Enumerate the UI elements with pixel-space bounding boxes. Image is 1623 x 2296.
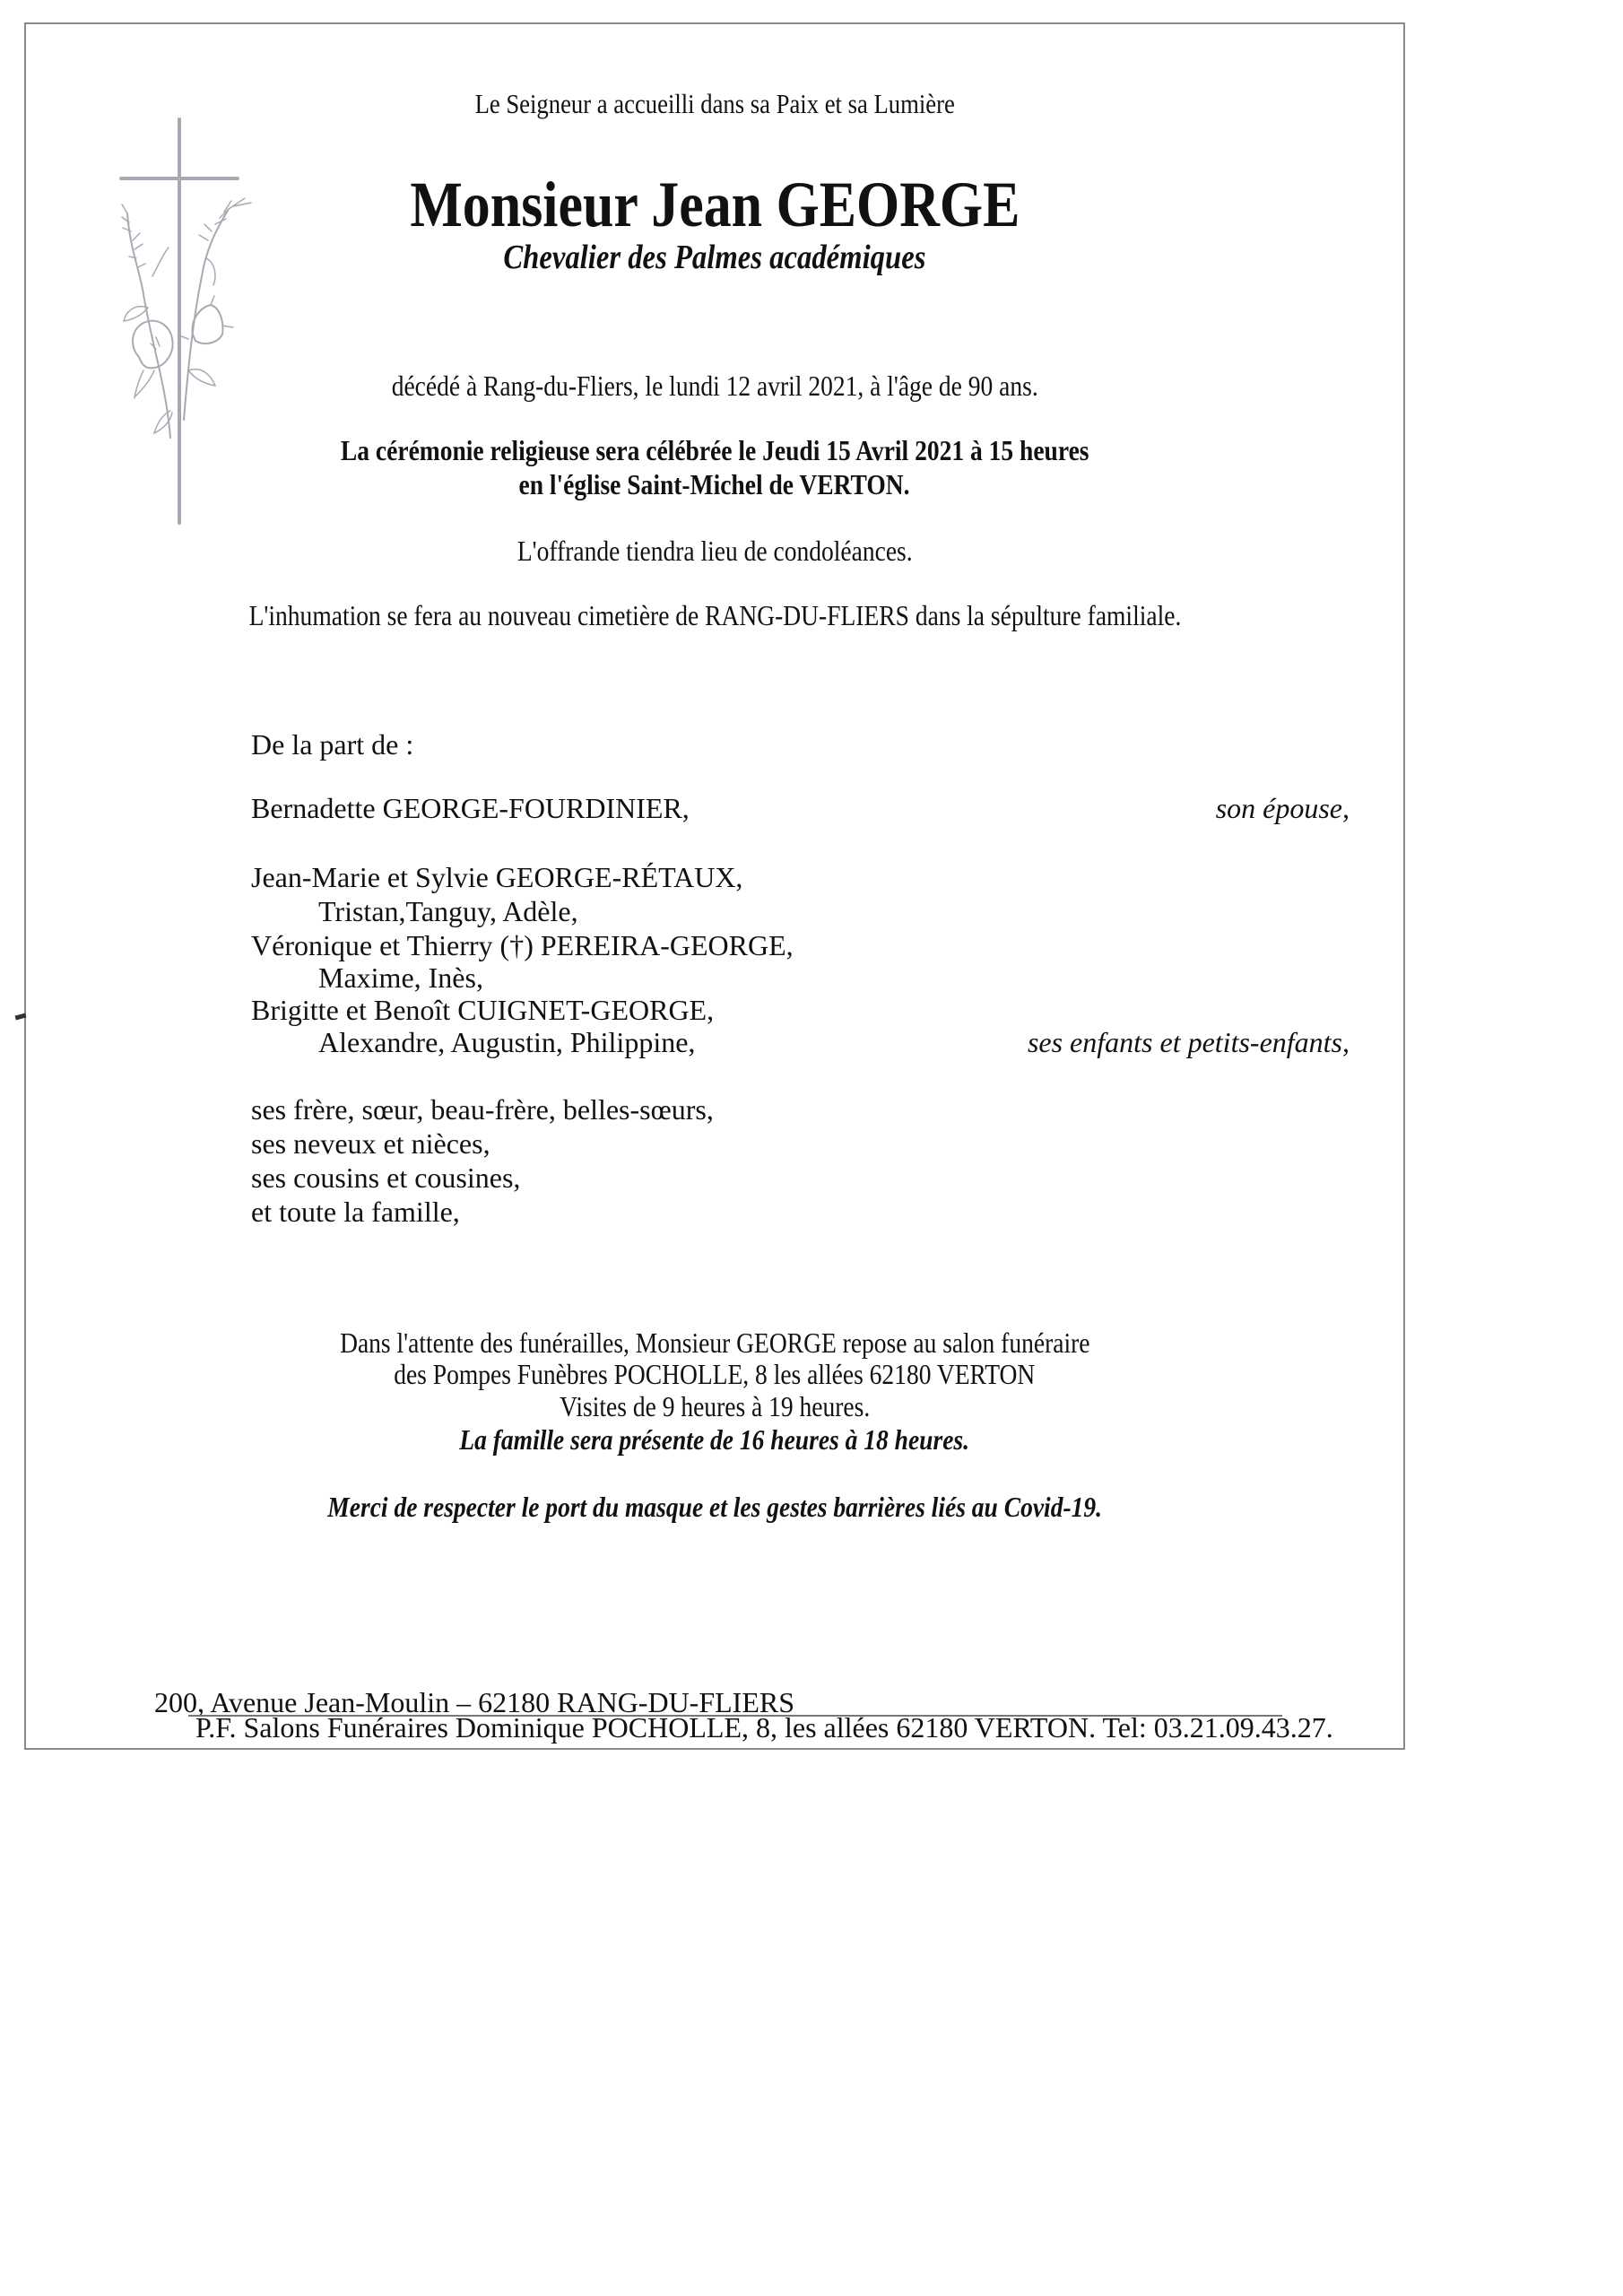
- offering-text: L'offrande tiendra lieu de condoléances.: [517, 536, 913, 565]
- relative-line: et toute la famille,: [251, 1197, 460, 1226]
- ceremony-line-2-text: en l'église Saint-Michel de VERTON.: [519, 470, 910, 499]
- ceremony-line-2: en l'église Saint-Michel de VERTON.: [0, 470, 1429, 499]
- visitation-line-2-text: des Pompes Funèbres POCHOLLE, 8 les allé…: [394, 1360, 1035, 1388]
- burial-note: L'inhumation se fera au nouveau cimetièr…: [0, 601, 1429, 630]
- offering-note: L'offrande tiendra lieu de condoléances.: [0, 536, 1429, 565]
- visitation-line-1-text: Dans l'attente des funérailles, Monsieur…: [340, 1328, 1089, 1357]
- burial-text: L'inhumation se fera au nouveau cimetièr…: [248, 601, 1181, 630]
- family-presence: La famille sera présente de 16 heures à …: [0, 1425, 1429, 1454]
- children-relation: ses enfants et petits-enfants,: [1028, 1028, 1350, 1057]
- intro-text: Le Seigneur a accueilli dans sa Paix et …: [474, 90, 954, 117]
- relative-line: ses frère, sœur, beau-frère, belles-sœur…: [251, 1095, 714, 1124]
- relative-line: ses cousins et cousines,: [251, 1163, 520, 1192]
- spouse-relation: son épouse,: [1216, 794, 1350, 822]
- grandchildren-line: Tristan,Tanguy, Adèle,: [318, 897, 578, 926]
- death-notice: décédé à Rang-du-Fliers, le lundi 12 avr…: [0, 371, 1429, 400]
- family-presence-text: La famille sera présente de 16 heures à …: [460, 1425, 970, 1454]
- deceased-name-text: Monsieur Jean GEORGE: [410, 172, 1020, 237]
- visitation-hours: Visites de 9 heures à 19 heures.: [0, 1392, 1429, 1421]
- child-family-line: Jean-Marie et Sylvie GEORGE-RÉTAUX,: [251, 863, 742, 891]
- death-notice-text: décédé à Rang-du-Fliers, le lundi 12 avr…: [391, 371, 1037, 400]
- distinction: Chevalier des Palmes académiques: [0, 240, 1429, 274]
- child-family-line: Véronique et Thierry (†) PEREIRA-GEORGE,: [251, 931, 794, 960]
- distinction-text: Chevalier des Palmes académiques: [503, 240, 925, 274]
- intro-line: Le Seigneur a accueilli dans sa Paix et …: [0, 90, 1429, 117]
- spouse-name: Bernadette GEORGE-FOURDINIER,: [251, 794, 690, 822]
- covid-notice: Merci de respecter le port du masque et …: [0, 1492, 1429, 1521]
- visitation-line-1: Dans l'attente des funérailles, Monsieur…: [0, 1328, 1429, 1357]
- deceased-name: Monsieur Jean GEORGE: [0, 172, 1429, 237]
- family-intro: De la part de :: [251, 730, 413, 759]
- visitation-hours-text: Visites de 9 heures à 19 heures.: [560, 1392, 870, 1421]
- ceremony-line-1: La cérémonie religieuse sera célébrée le…: [0, 436, 1429, 465]
- child-family-line: Brigitte et Benoît CUIGNET-GEORGE,: [251, 996, 714, 1024]
- relative-line: ses neveux et nièces,: [251, 1129, 490, 1158]
- covid-notice-text: Merci de respecter le port du masque et …: [327, 1492, 1102, 1521]
- visitation-line-2: des Pompes Funèbres POCHOLLE, 8 les allé…: [0, 1360, 1429, 1388]
- ceremony-line-1-text: La cérémonie religieuse sera célébrée le…: [341, 436, 1089, 465]
- funeral-home-info: P.F. Salons Funéraires Dominique POCHOLL…: [195, 1713, 1333, 1742]
- grandchildren-line: Maxime, Inès,: [318, 963, 483, 992]
- grandchildren-line: Alexandre, Augustin, Philippine,: [318, 1028, 695, 1057]
